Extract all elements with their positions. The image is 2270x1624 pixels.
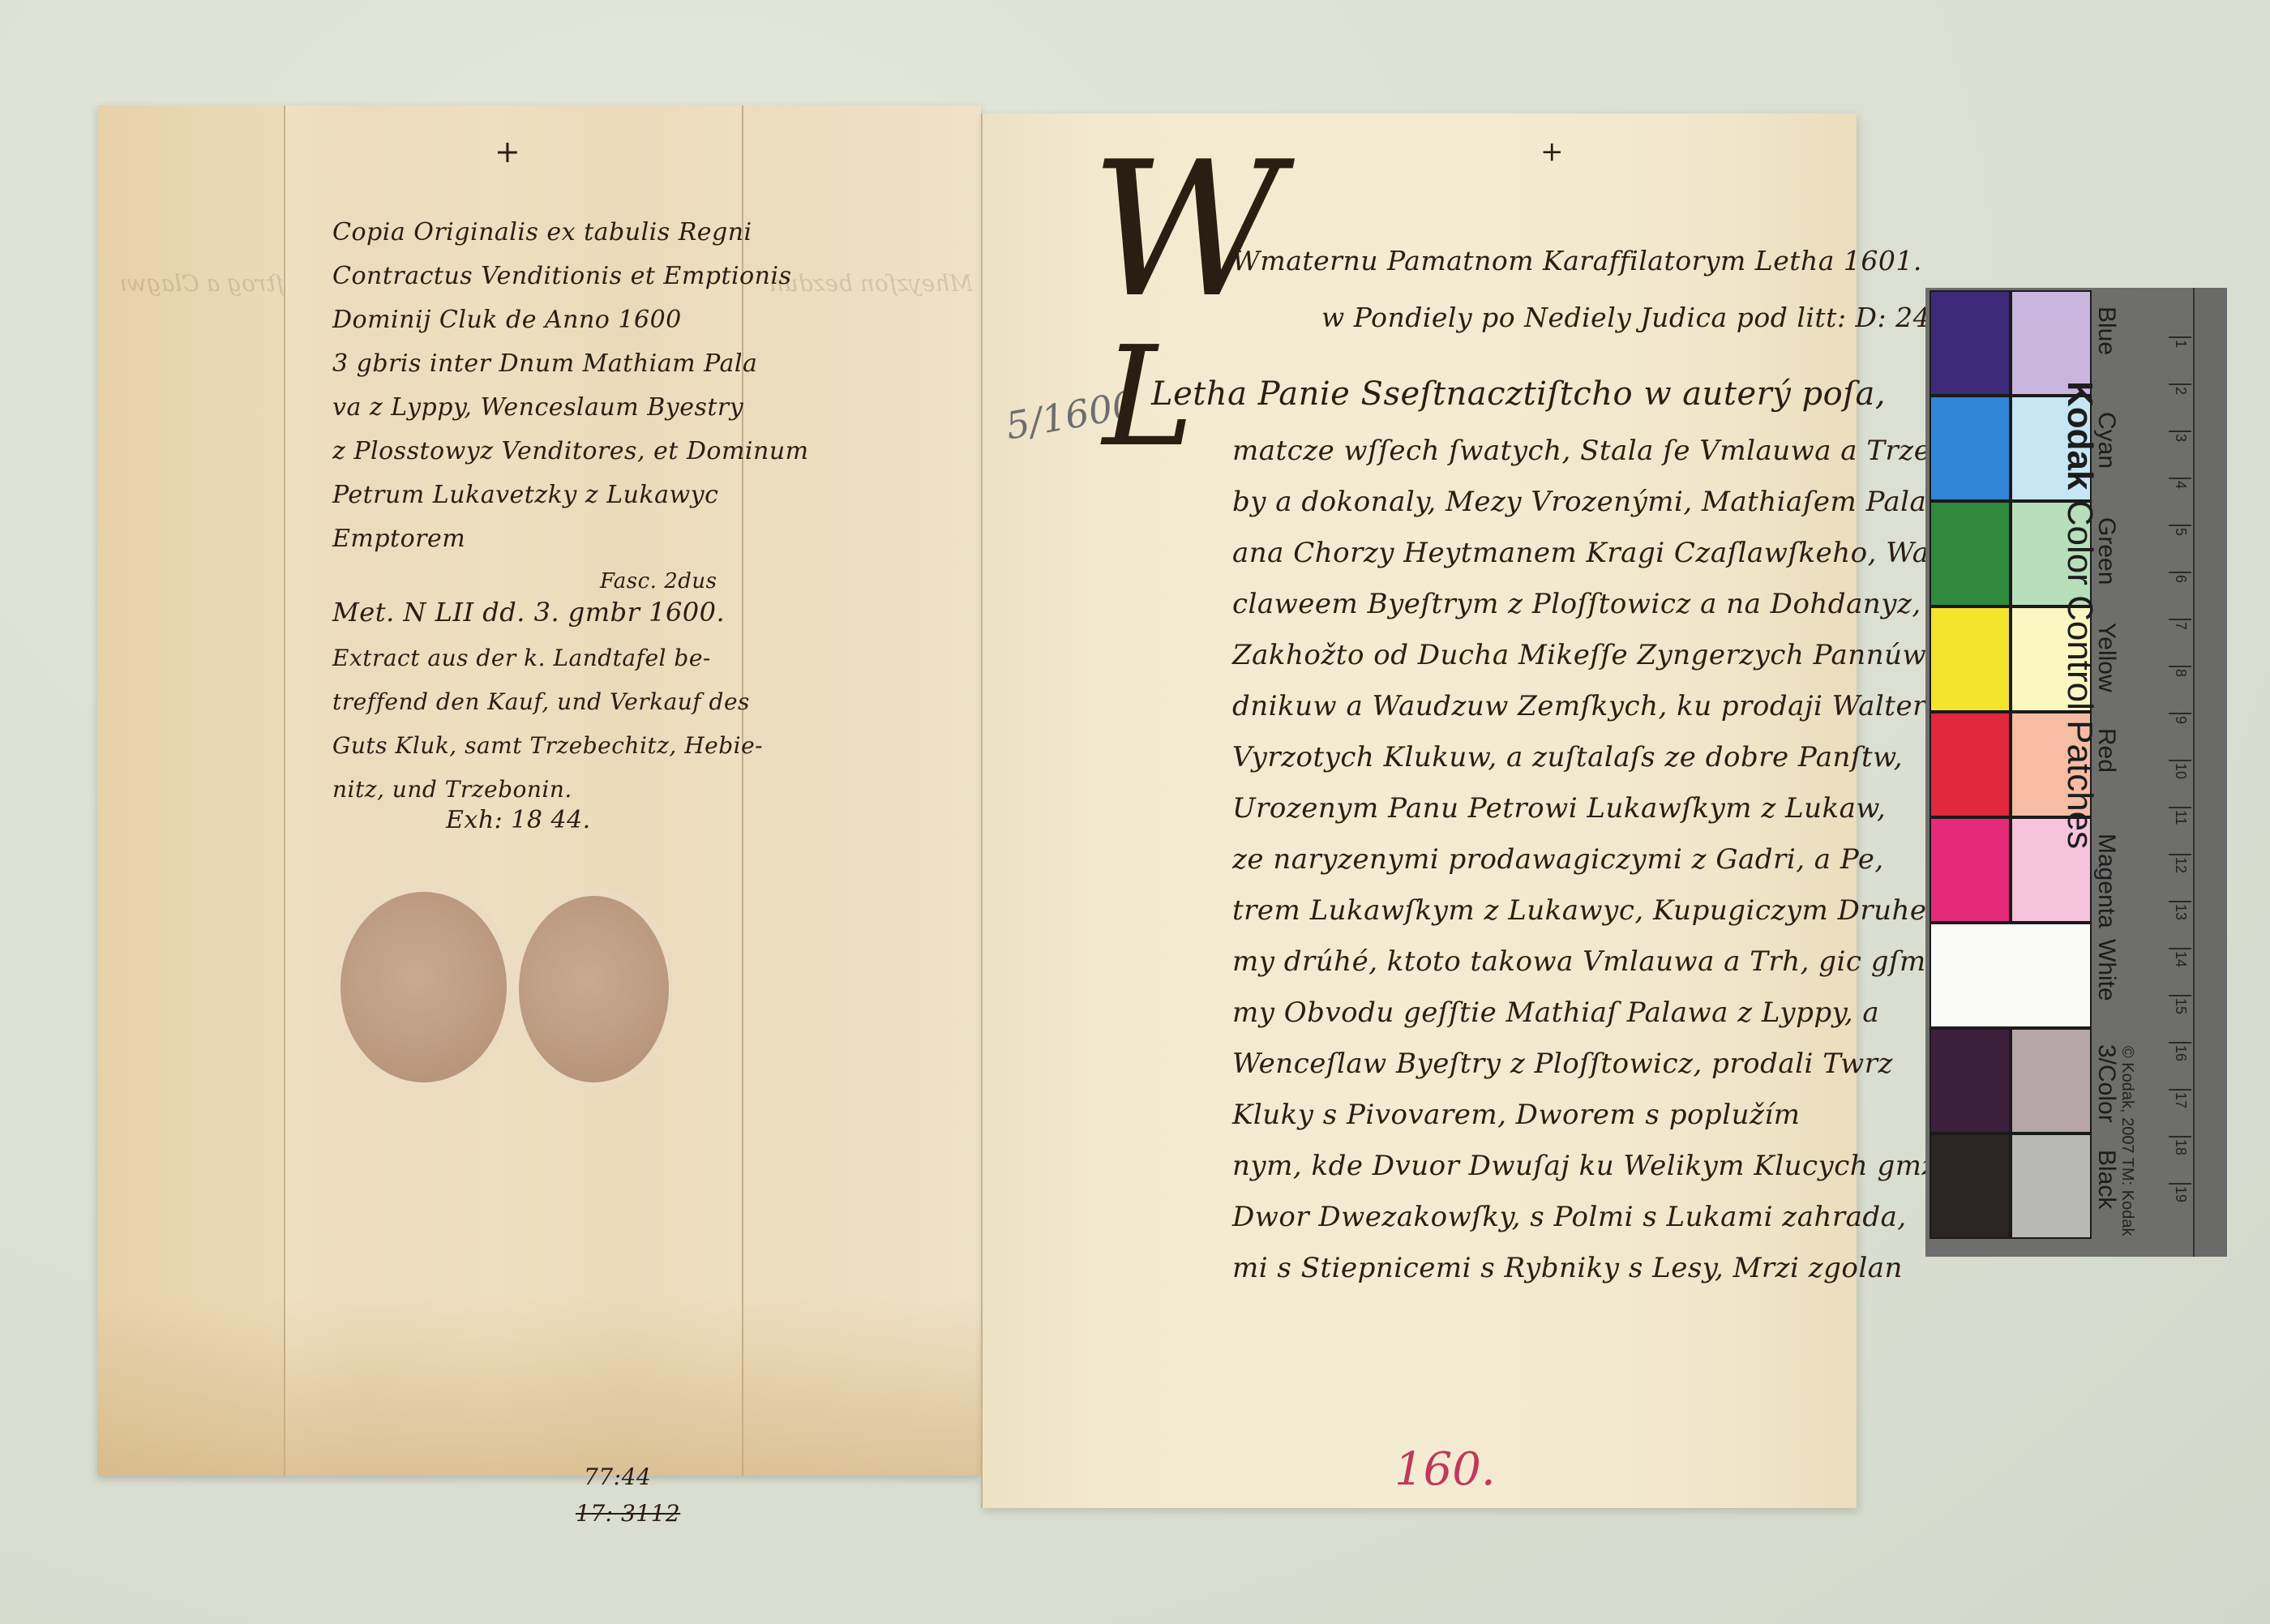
ruler-cm-label: 6 [2172,575,2189,583]
ruler-tick [2169,384,2191,385]
ruler-tick [2169,619,2191,620]
patch-green-dark [1929,501,2011,606]
summary-block: Copia Originalis ex tabulis Regni Contra… [332,211,809,561]
ruler-cm-label: 1 [2172,340,2189,348]
patch-label: Green [2092,517,2120,585]
ruler-cm-label: 10 [2172,763,2189,779]
ruler-tick [2169,1042,2191,1043]
ruler-tick [2169,807,2191,808]
decorative-initial-w: W [1090,138,1282,324]
patch-3-color-dark [1929,1028,2011,1133]
bottom-struck-note: 17: 3112 [576,1492,680,1536]
ruler-tick [2169,1183,2191,1185]
ruler-cm-label: 3 [2172,434,2189,442]
patch-label: White [2092,939,2120,1001]
patch-3-color-light [2011,1028,2092,1133]
ruler-tick [2169,431,2191,432]
ruler-cm-label: 8 [2172,669,2189,677]
ruler-tick [2169,1136,2191,1138]
ruler-tick [2169,336,2191,338]
bleed-through-text: ſtrog a Clagwnh · Hm mhr · wuhet ſ · ſſe… [122,259,284,308]
summary-line: Contractus Venditionis et Emptionis [332,255,809,298]
water-stain [97,1297,981,1476]
ruler-tick [2169,572,2191,573]
patch-black-dark [1929,1133,2011,1239]
summary-line: Emptorem [332,517,809,561]
patch-red-dark [1929,712,2011,817]
ruler-cm-label: 14 [2172,951,2189,967]
red-folio-number: 160. [1394,1443,1496,1496]
ruler-cm-label: 16 [2172,1045,2189,1061]
patch-blue-light [2011,290,2092,396]
summary-line: va z Lyppy, Wenceslaum Byestry [332,386,809,430]
archive-ref-line: Extract aus der k. Landtafel be- [332,636,763,680]
exhibit-ref: Exh: 18 44. [446,799,591,842]
ruler-cm-label: 18 [2172,1139,2189,1155]
fold-line [981,114,983,1508]
ruler-cm-label: 7 [2172,622,2189,630]
ruler-tick [2169,666,2191,667]
left-panel-fold-1 [97,105,284,1476]
patch-cyan-dark [1929,396,2011,501]
ruler-cm-label: 11 [2172,810,2189,825]
fold-line [284,105,285,1476]
summary-line: Dominij Cluk de Anno 1600 [332,298,809,342]
summary-line: Copia Originalis ex tabulis Regni [332,211,809,255]
right-document-sheet: + 5/1600 W Wmaternu Pamatnom Karaffilato… [981,114,1857,1508]
patch-black-light [2011,1133,2092,1239]
left-folded-sheet: ſtrog a Clagwnh · Hm mhr · wuhet ſ · ſſe… [97,105,981,1476]
ruler-tick [2169,948,2191,949]
ruler-cm-label: 5 [2172,528,2189,536]
ruler-tick [2169,995,2191,996]
ruler-cm-label: 17 [2172,1092,2189,1108]
body-line: Letha Panie Sseſtnacztiſtcho w auterý po… [1151,369,1886,420]
patch-label: Black [2092,1150,2120,1209]
patch-magenta-dark [1929,817,2011,923]
ruler-cm-label: 13 [2172,904,2189,920]
patch-white [1929,923,2092,1028]
archive-ref-line: Met. N LII dd. 3. gmbr 1600. [332,588,763,636]
heading-line: w Pondiely po Nediely Judica pod litt: D… [1321,292,1939,343]
ruler-tick [2169,1089,2191,1091]
ruler [2193,288,2227,1257]
ruler-tick [2169,760,2191,761]
ruler-tick [2169,901,2191,902]
patch-label: Magenta [2092,833,2120,928]
ruler-cm-label: 15 [2172,998,2189,1014]
ruler-cm-label: 2 [2172,387,2189,395]
ruler-cm-label: 4 [2172,481,2189,489]
patch-label: Blue [2092,306,2120,355]
seal-right-icon [519,896,669,1082]
patch-label: Yellow [2092,623,2120,692]
patch-yellow-dark [1929,606,2011,712]
ruler-cm-label: 9 [2172,716,2189,724]
summary-line: z Plosstowyz Venditores, et Dominum [332,430,809,473]
ruler-tick [2169,713,2191,714]
patch-label: Cyan [2092,412,2120,469]
ruler-tick [2169,854,2191,855]
patch-blue-dark [1929,290,2011,396]
seal-left-icon [340,892,507,1082]
patch-label: Red [2092,728,2120,773]
patch-label: 3/Color [2092,1044,2120,1123]
ruler-tick [2169,478,2191,479]
kodak-copyright: © Kodak, 2007 TM: Kodak [2118,1046,2136,1236]
ruler-tick [2169,525,2191,526]
summary-line: 3 gbris inter Dnum Mathiam Pala [332,342,809,386]
archive-ref-line: Guts Kluk, samt Trzebechitz, Hebie- [332,724,763,768]
page-mark: + [1540,130,1564,174]
summary-line: Petrum Lukavetzky z Lukawyc [332,473,809,517]
heading-line: Wmaternu Pamatnom Karaffilatorym Letha 1… [1232,235,1922,286]
archive-ref-line: treffend den Kauf, und Verkauf des [332,680,763,724]
archive-ref-block: Met. N LII dd. 3. gmbr 1600. Extract aus… [332,588,763,812]
ruler-cm-label: 19 [2172,1186,2189,1202]
page-mark: + [495,130,520,174]
ruler-cm-label: 12 [2172,857,2189,873]
